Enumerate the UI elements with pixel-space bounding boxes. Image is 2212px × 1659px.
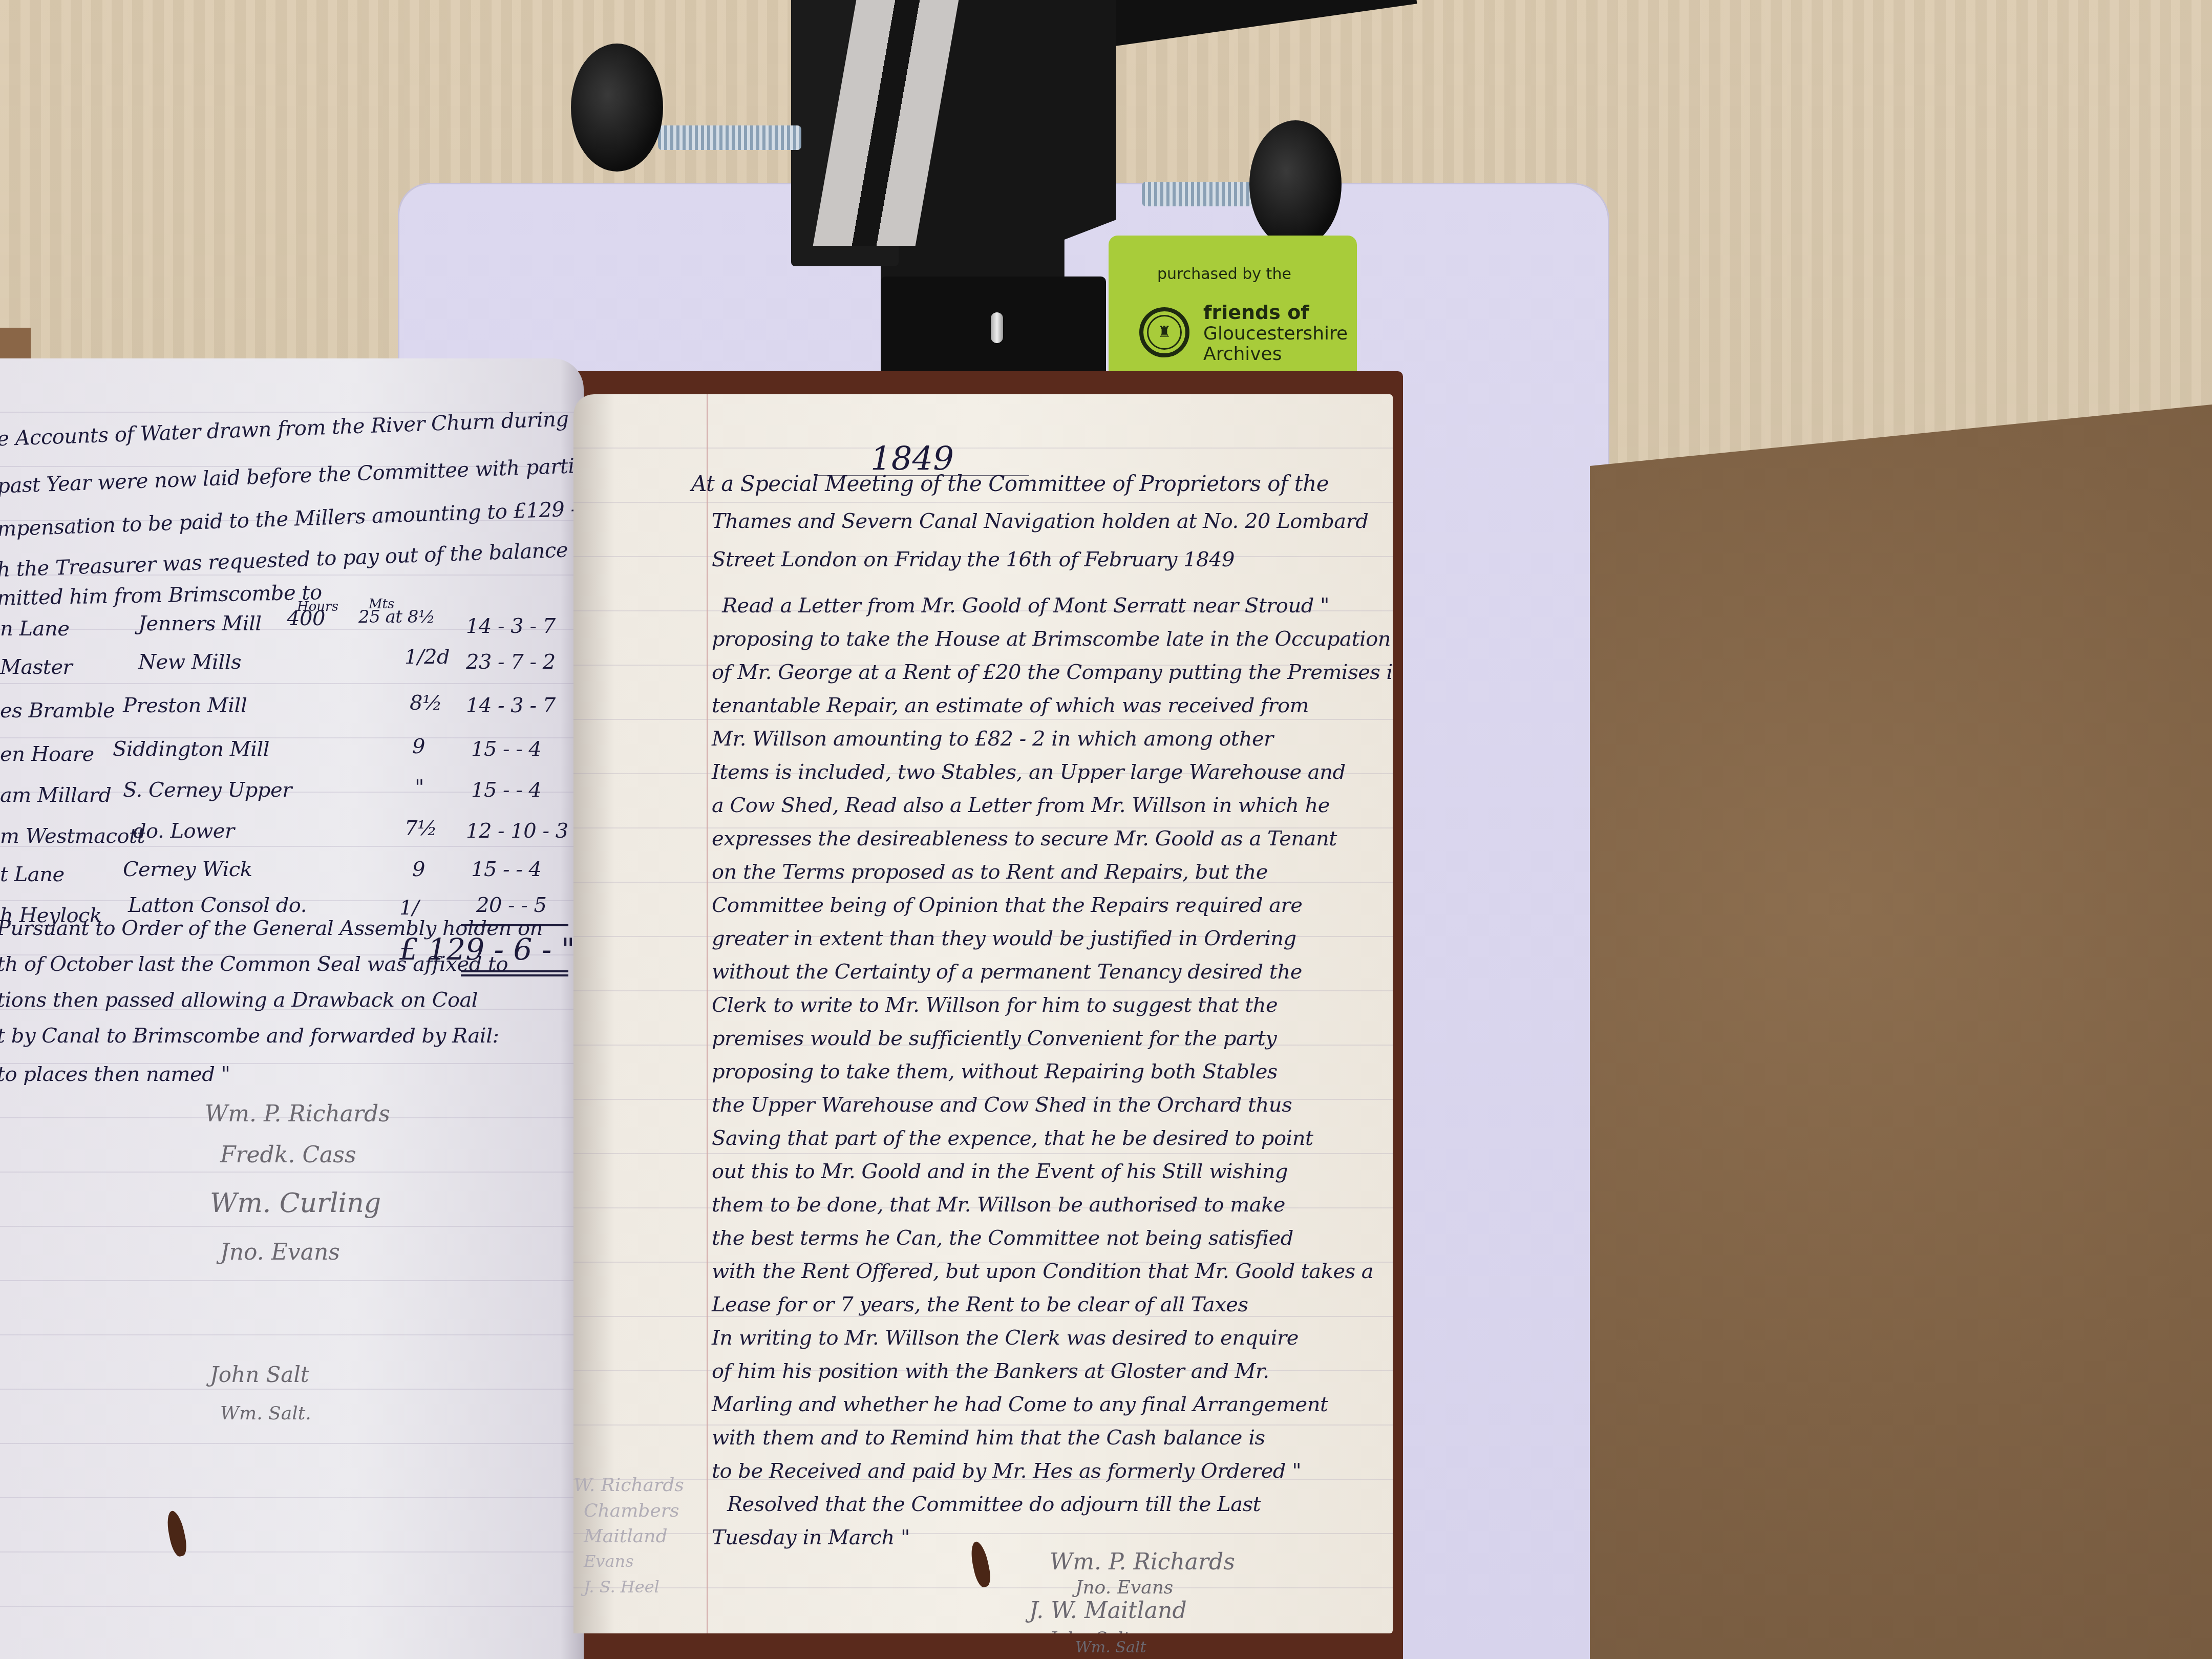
body-line: premises would be sufficiently Convenien… [712, 1027, 1277, 1050]
signature: Wm. Salt [1075, 1639, 1146, 1656]
mill-row-hours: 400 [287, 607, 325, 630]
body-line: Tuesday in March " [712, 1526, 910, 1549]
mill-row-mts: " [415, 776, 424, 799]
body-line: In writing to Mr. Willson the Clerk was … [712, 1326, 1299, 1350]
mill-row-amount: 15 - - 4 [471, 737, 542, 761]
screw-icon [991, 312, 1003, 343]
body-line: expresses the desireableness to secure M… [712, 827, 1337, 850]
mill-row-mill: Jenners Mill [138, 612, 262, 635]
mill-row-name: n Lane [0, 617, 69, 641]
pencil-signature: Maitland [584, 1526, 668, 1547]
friends-of-gloucestershire-archives-sticker: purchased by the ♜ friends of Gloucester… [1109, 236, 1357, 394]
left-text-line: t by Canal to Brimscombe and forwarded b… [0, 1024, 499, 1048]
sticker-friends-text: friends of [1203, 301, 1309, 324]
left-text-line: th of October last the Common Seal was a… [0, 952, 508, 976]
mill-row-mts: 1/2d [405, 645, 450, 669]
body-line: Clerk to write to Mr. Willson for him to… [712, 993, 1278, 1017]
brown-cardboard-sheet [1590, 405, 2212, 1659]
threaded-rod-left [658, 125, 801, 150]
mill-row-mts: 9 [412, 858, 425, 881]
mill-row-name: t Lane [0, 863, 65, 886]
signature: Wm. P. Richards [205, 1101, 390, 1127]
sticker-gloucestershire: Gloucestershire [1203, 324, 1348, 344]
pencil-signature: Evans [584, 1551, 634, 1571]
margin-rule [707, 394, 708, 1633]
signature: Jno. Evans [1075, 1577, 1173, 1598]
body-line: with the Rent Offered, but upon Conditio… [712, 1260, 1373, 1283]
left-page: e Accounts of Water drawn from the River… [0, 358, 584, 1659]
body-line: Read a Letter from Mr. Goold of Mont Ser… [722, 594, 1329, 618]
body-line: Saving that part of the expence, that he… [712, 1126, 1313, 1150]
mill-row-name: es Bramble [0, 699, 115, 722]
mill-row-mts: 25 at 8½ [358, 607, 435, 627]
sticker-purchased-text: purchased by the [1157, 265, 1291, 283]
mill-row-name: Master [0, 655, 72, 679]
mill-row-mill: do. Lower [133, 819, 235, 843]
mill-row-mts: 8½ [410, 691, 442, 715]
body-line: the best terms he Can, the Committee not… [712, 1226, 1293, 1250]
castle-seal-icon: ♜ [1139, 307, 1189, 357]
meeting-heading-line: Street London on Friday the 16th of Febr… [712, 548, 1235, 571]
clamp-knob-right[interactable] [1249, 120, 1342, 248]
signature: John Salt [210, 1362, 309, 1387]
body-line: without the Certainty of a permanent Ten… [712, 960, 1302, 984]
mill-row-amount: 14 - 3 - 7 [466, 614, 556, 638]
meeting-heading-line: Thames and Severn Canal Navigation holde… [712, 509, 1368, 533]
body-line: on the Terms proposed as to Rent and Rep… [712, 860, 1268, 884]
mill-row-amount: 12 - 10 - 3 [466, 819, 568, 843]
body-line: Items is included, two Stables, an Upper… [712, 760, 1346, 784]
body-line: proposing to take them, without Repairin… [712, 1060, 1278, 1083]
body-line: a Cow Shed, Read also a Letter from Mr. … [712, 794, 1330, 817]
body-line: proposing to take the House at Brimscomb… [712, 627, 1391, 651]
mill-row-name: m Westmacott [0, 824, 145, 848]
pencil-signature: W. Richards [573, 1475, 684, 1496]
mill-row-mill: Cerney Wick [123, 858, 252, 881]
body-line: with them and to Remind him that the Cas… [712, 1426, 1265, 1450]
sticker-org-name: Gloucestershire Archives [1203, 324, 1348, 365]
body-line: Mr. Willson amounting to £82 - 2 in whic… [712, 727, 1273, 751]
body-line: the Upper Warehouse and Cow Shed in the … [712, 1093, 1292, 1117]
signature: Fredk. Cass [220, 1142, 356, 1168]
meeting-heading-line: At a Special Meeting of the Committee of… [691, 471, 1329, 496]
left-text-line: tions then passed allowing a Drawback on… [0, 988, 478, 1012]
pencil-signature: J. S. Heel [584, 1577, 660, 1597]
body-line: of Mr. George at a Rent of £20 the Compa… [712, 661, 1393, 684]
mill-row-mill: Preston Mill [123, 694, 247, 717]
mill-row-mill: Siddington Mill [113, 737, 269, 761]
mill-row-mill: S. Cerney Upper [123, 778, 292, 802]
sticker-archives: Archives [1203, 344, 1348, 365]
mill-row-amount: 15 - - 4 [471, 858, 542, 881]
signature: John Salt [1050, 1628, 1130, 1633]
threaded-rod-right [1142, 182, 1260, 206]
mill-row-amount: 23 - 7 - 2 [466, 650, 556, 674]
body-line: Lease for or 7 years, the Rent to be cle… [712, 1293, 1248, 1316]
mill-row-mill: Latton Consol do. [128, 894, 307, 917]
mill-row-amount: 15 - - 4 [471, 778, 542, 802]
signature: Wm. P. Richards [1050, 1549, 1235, 1575]
signature: Jno. Evans [220, 1239, 340, 1265]
body-line: tenantable Repair, an estimate of which … [712, 694, 1309, 717]
body-line: out this to Mr. Goold and in the Event o… [712, 1160, 1288, 1183]
castle-icon: ♜ [1147, 315, 1182, 350]
mill-row-mts: 7½ [405, 817, 437, 840]
body-line: greater in extent than they would be jus… [712, 927, 1296, 950]
mill-row-name: en Hoare [0, 742, 94, 766]
mill-row-mill: New Mills [138, 650, 241, 674]
body-line: Resolved that the Committee do adjourn t… [727, 1493, 1261, 1516]
clamp-knob-left[interactable] [571, 44, 663, 172]
left-text-line: Pursuant to Order of the General Assembl… [0, 917, 543, 940]
pencil-signature: Chambers [584, 1500, 679, 1521]
left-text-line: to places then named " [0, 1062, 230, 1086]
body-line: Marling and whether he had Come to any f… [712, 1393, 1328, 1416]
signature: J. W. Maitland [1029, 1598, 1187, 1624]
signature: Wm. Salt. [220, 1403, 311, 1424]
signature: Wm. Curling [210, 1188, 381, 1219]
body-line: them to be done, that Mr. Willson be aut… [712, 1193, 1285, 1217]
body-line: Committee being of Opinion that the Repa… [712, 894, 1302, 917]
body-line: of him his position with the Bankers at … [712, 1359, 1269, 1383]
mill-row-amount: 20 - - 5 [476, 894, 547, 917]
mill-row-name: am Millard [0, 783, 111, 807]
mill-row-mts: 9 [412, 735, 425, 758]
body-line: to be Received and paid by Mr. Hes as fo… [712, 1459, 1301, 1483]
mill-row-amount: 14 - 3 - 7 [466, 694, 556, 717]
right-page: 1849 At a Special Meeting of the Committ… [573, 394, 1393, 1633]
